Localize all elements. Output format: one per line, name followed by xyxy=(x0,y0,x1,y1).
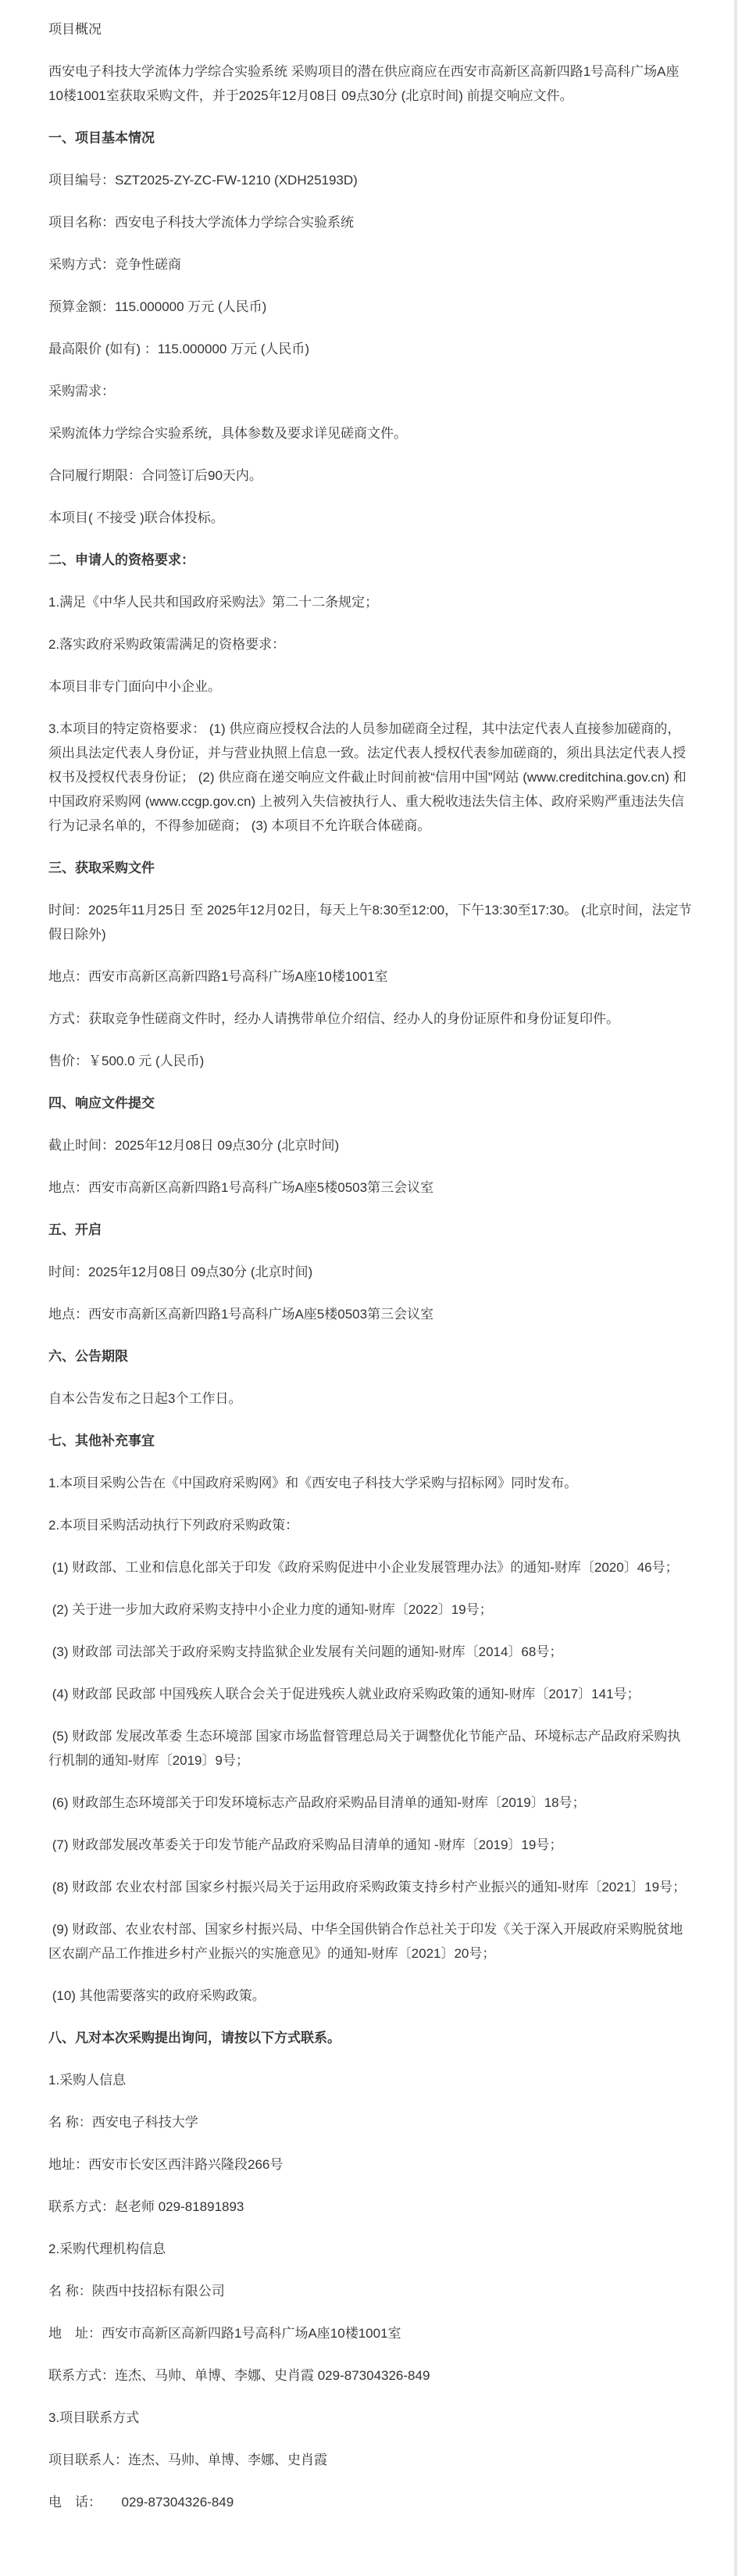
policy-1: (1) 财政部、工业和信息化部关于印发《政府采购促进中小企业发展管理办法》的通知… xyxy=(48,1555,692,1580)
max-price: 最高限价 (如有) ：115.000000 万元 (人民币) xyxy=(48,337,692,361)
sme-note: 本项目非专门面向中小企业。 xyxy=(48,674,692,699)
policy-4: (4) 财政部 民政部 中国残疾人联合会关于促进残疾人就业政府采购政策的通知-财… xyxy=(48,1682,692,1706)
agency-address: 地 址：西安市高新区高新四路1号高科广场A座10楼1001室 xyxy=(48,2321,692,2345)
purchaser-contact: 联系方式：赵老师 029-81891893 xyxy=(48,2195,692,2219)
policy-9: (9) 财政部、农业农村部、国家乡村振兴局、中华全国供销合作总社关于印发《关于深… xyxy=(48,1917,692,1966)
section-4-heading: 四、响应文件提交 xyxy=(48,1091,692,1115)
qualification-2: 2.落实政府采购政策需满足的资格要求： xyxy=(48,632,692,657)
section-3-heading: 三、获取采购文件 xyxy=(48,856,692,880)
purchaser-address: 地址：西安市长安区西沣路兴隆段266号 xyxy=(48,2152,692,2177)
doc-obtain-time: 时间：2025年11月25日 至 2025年12月02日，每天上午8:30至12… xyxy=(48,898,692,946)
project-contact-phone: 电 话： 029-87304326-849 xyxy=(48,2490,692,2514)
policy-10: (10) 其他需要落实的政府采购政策。 xyxy=(48,1984,692,2008)
open-time: 时间：2025年12月08日 09点30分 (北京时间) xyxy=(48,1260,692,1284)
supplement-1: 1.本项目采购公告在《中国政府采购网》和《西安电子科技大学采购与招标网》同时发布… xyxy=(48,1471,692,1495)
project-number: 项目编号：SZT2025-ZY-ZC-FW-1210 (XDH25193D) xyxy=(48,168,692,192)
section-7-heading: 七、其他补充事宜 xyxy=(48,1429,692,1453)
announcement-page: 项目概况西安电子科技大学流体力学综合实验系统 采购项目的潜在供应商应在西安市高新… xyxy=(0,0,742,2576)
project-name: 项目名称：西安电子科技大学流体力学综合实验系统 xyxy=(48,210,692,234)
budget-amount: 预算金额：115.000000 万元 (人民币) xyxy=(48,295,692,319)
purchaser-info-label: 1.采购人信息 xyxy=(48,2068,692,2092)
purchaser-name: 名 称：西安电子科技大学 xyxy=(48,2110,692,2134)
policy-3: (3) 财政部 司法部关于政府采购支持监狱企业发展有关问题的通知-财库〔2014… xyxy=(48,1640,692,1664)
agency-name: 名 称：陕西中技招标有限公司 xyxy=(48,2279,692,2303)
project-contact-label: 3.项目联系方式 xyxy=(48,2406,692,2430)
announcement-body: 项目概况西安电子科技大学流体力学综合实验系统 采购项目的潜在供应商应在西安市高新… xyxy=(0,0,742,2556)
procurement-method: 采购方式：竞争性磋商 xyxy=(48,252,692,277)
open-place: 地点：西安市高新区高新四路1号高科广场A座5楼0503第三会议室 xyxy=(48,1302,692,1326)
consortium-note: 本项目( 不接受 )联合体投标。 xyxy=(48,506,692,530)
scrollbar-track[interactable] xyxy=(734,0,737,2576)
agency-info-label: 2.采购代理机构信息 xyxy=(48,2237,692,2261)
policy-2: (2) 关于进一步加大政府采购支持中小企业力度的通知-财库〔2022〕19号； xyxy=(48,1597,692,1622)
section-6-heading: 六、公告期限 xyxy=(48,1344,692,1368)
doc-obtain-place: 地点：西安市高新区高新四路1号高科广场A座10楼1001室 xyxy=(48,964,692,989)
contract-period: 合同履行期限：合同签订后90天内。 xyxy=(48,463,692,488)
qualification-1: 1.满足《中华人民共和国政府采购法》第二十二条规定； xyxy=(48,590,692,614)
policy-7: (7) 财政部发展改革委关于印发节能产品政府采购品目清单的通知 -财库〔2019… xyxy=(48,1833,692,1857)
procurement-demand-label: 采购需求： xyxy=(48,379,692,403)
announcement-period: 自本公告发布之日起3个工作日。 xyxy=(48,1386,692,1411)
section-2-heading: 二、申请人的资格要求： xyxy=(48,548,692,572)
overview-paragraph: 西安电子科技大学流体力学综合实验系统 采购项目的潜在供应商应在西安市高新区高新四… xyxy=(48,59,692,108)
project-contact-person: 项目联系人：连杰、马帅、单博、李娜、史肖霞 xyxy=(48,2448,692,2472)
qualification-3: 3.本项目的特定资格要求： (1) 供应商应授权合法的人员参加磋商全过程，其中法… xyxy=(48,717,692,838)
page-title: 项目概况 xyxy=(48,17,692,41)
section-1-heading: 一、项目基本情况 xyxy=(48,126,692,150)
doc-obtain-method: 方式：获取竞争性磋商文件时，经办人请携带单位介绍信、经办人的身份证原件和身份证复… xyxy=(48,1007,692,1031)
section-8-heading: 八、凡对本次采购提出询问，请按以下方式联系。 xyxy=(48,2026,692,2050)
agency-contact: 联系方式：连杰、马帅、单博、李娜、史肖霞 029-87304326-849 xyxy=(48,2363,692,2388)
procurement-demand: 采购流体力学综合实验系统，具体参数及要求详见磋商文件。 xyxy=(48,421,692,445)
doc-price: 售价：￥500.0 元 (人民币) xyxy=(48,1049,692,1073)
supplement-2: 2.本项目采购活动执行下列政府采购政策： xyxy=(48,1513,692,1537)
policy-6: (6) 财政部生态环境部关于印发环境标志产品政府采购品目清单的通知-财库〔201… xyxy=(48,1791,692,1815)
policy-8: (8) 财政部 农业农村部 国家乡村振兴局关于运用政府采购政策支持乡村产业振兴的… xyxy=(48,1875,692,1899)
policy-5: (5) 财政部 发展改革委 生态环境部 国家市场监督管理总局关于调整优化节能产品… xyxy=(48,1724,692,1773)
submit-deadline: 截止时间：2025年12月08日 09点30分 (北京时间) xyxy=(48,1133,692,1157)
section-5-heading: 五、开启 xyxy=(48,1218,692,1242)
submit-place: 地点：西安市高新区高新四路1号高科广场A座5楼0503第三会议室 xyxy=(48,1175,692,1200)
